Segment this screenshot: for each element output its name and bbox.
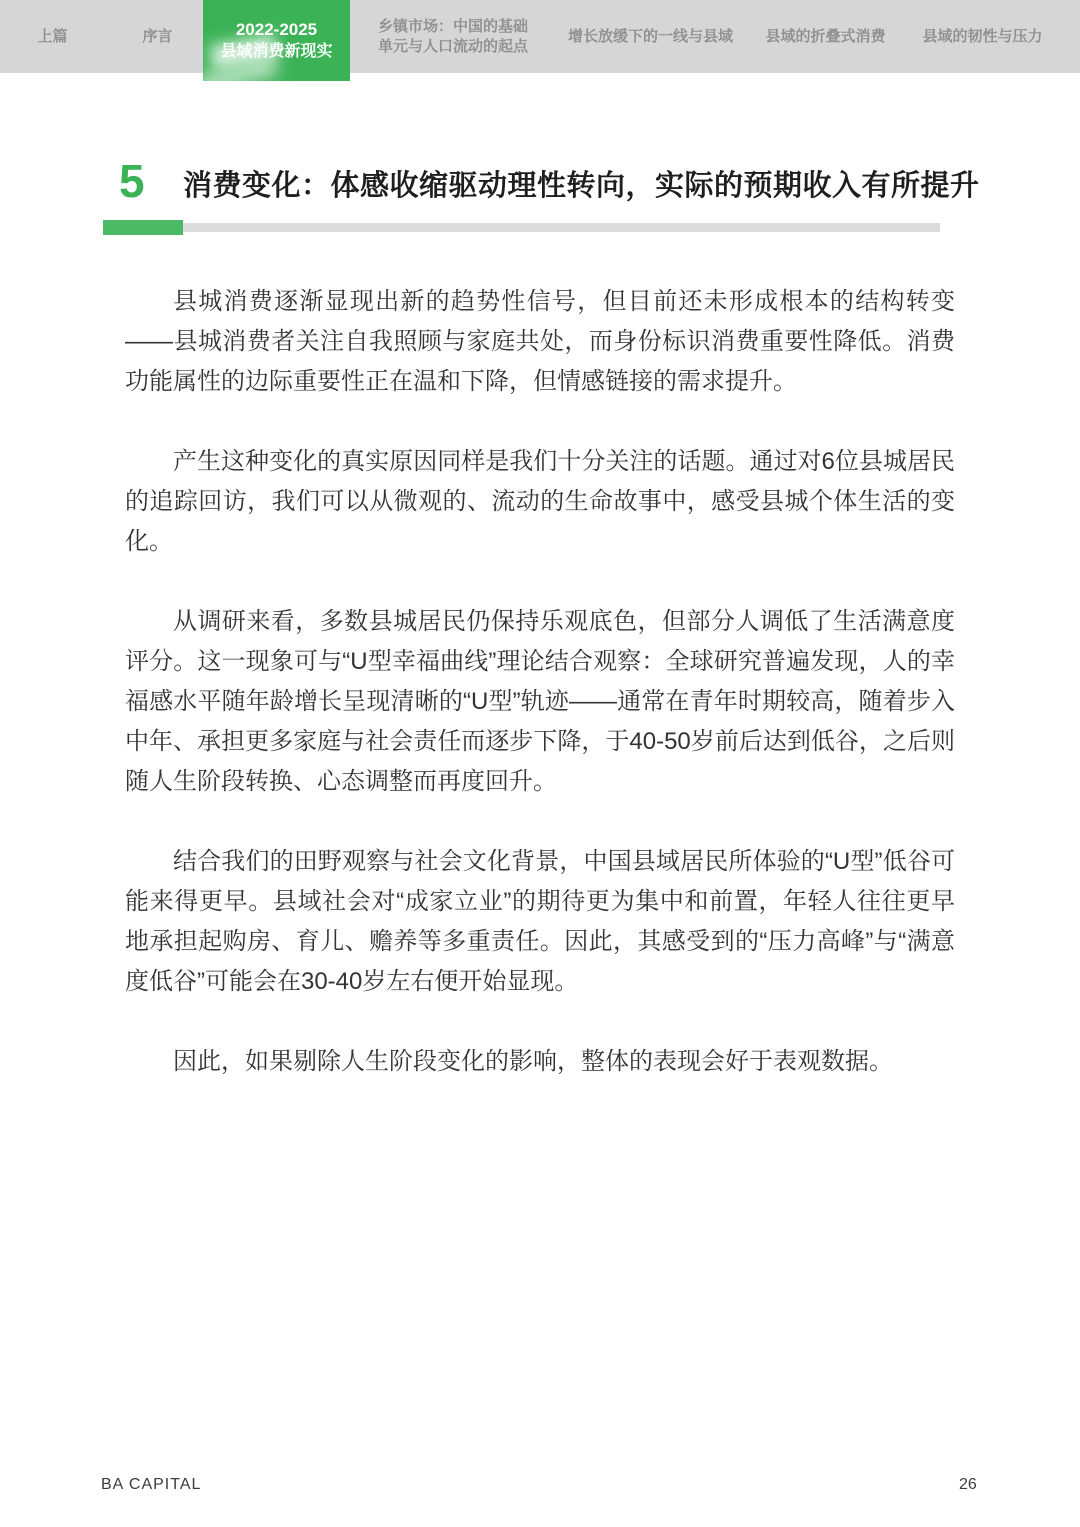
paragraph: 结合我们的田野观察与社会文化背景，中国县域居民所体验的“U型”低谷可能来得更早。… <box>125 842 955 1002</box>
nav-tab-label: 增长放缓下的一线与县域 <box>568 27 733 47</box>
nav-tab-renxing-yali[interactable]: 县域的韧性与压力 <box>910 0 1055 73</box>
section-title: 消费变化：体感收缩驱动理性转向，实际的预期收入有所提升 <box>183 168 1003 204</box>
nav-tab-shangpian[interactable]: 上篇 <box>15 0 90 73</box>
paragraph: 县城消费逐渐显现出新的趋势性信号，但目前还未形成根本的结构转变——县城消费者关注… <box>125 282 955 402</box>
heading-underline-green <box>103 220 183 235</box>
nav-tab-xiangzhen-shichang[interactable]: 乡镇市场：中国的基础 单元与人口流动的起点 <box>368 0 538 73</box>
top-nav-bar: 上篇 序言 2022-2025 县域消费新现实 乡镇市场：中国的基础 单元与人口… <box>0 0 1080 73</box>
nav-tab-label: 上篇 <box>37 27 67 47</box>
nav-tab-label: 序言 <box>142 27 172 47</box>
nav-tab-xuyan[interactable]: 序言 <box>120 0 195 73</box>
nav-tab-label-line1: 2022-2025 <box>236 19 317 41</box>
nav-tab-label-line2: 单元与人口流动的起点 <box>378 37 528 57</box>
nav-tab-zengzhang-fanghuan[interactable]: 增长放缓下的一线与县域 <box>553 0 748 73</box>
heading-underline-gray <box>183 223 940 232</box>
nav-tab-label-line1: 乡镇市场：中国的基础 <box>378 17 528 37</box>
nav-tab-active-xianyu-xiaofei[interactable]: 2022-2025 县域消费新现实 <box>203 0 350 81</box>
section-number: 5 <box>119 158 145 204</box>
nav-tab-label: 县域的折叠式消费 <box>765 27 885 47</box>
body-text-block: 县城消费逐渐显现出新的趋势性信号，但目前还未形成根本的结构转变——县城消费者关注… <box>125 282 955 1122</box>
paragraph: 从调研来看，多数县城居民仍保持乐观底色，但部分人调低了生活满意度评分。这一现象可… <box>125 602 955 802</box>
nav-tab-zhedieshi-xiaofei[interactable]: 县域的折叠式消费 <box>753 0 898 73</box>
footer-brand: BA CAPITAL <box>101 1476 201 1494</box>
paragraph: 产生这种变化的真实原因同样是我们十分关注的话题。通过对6位县城居民的追踪回访，我… <box>125 442 955 562</box>
page-number: 26 <box>959 1476 977 1494</box>
paragraph: 因此，如果剔除人生阶段变化的影响，整体的表现会好于表观数据。 <box>125 1042 955 1082</box>
nav-tab-label: 县域的韧性与压力 <box>922 27 1042 47</box>
